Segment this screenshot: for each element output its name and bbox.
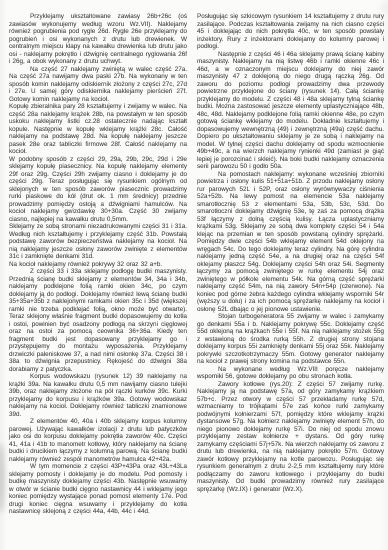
paragraph-sand-dome-29: W podobny sposób z części 29, 29a, 29b, … <box>9 156 187 224</box>
paragraph-steam-dome-28: Kopułę zbieralnika pary 28 kształtujemy … <box>9 103 187 156</box>
paragraph-boiler-valves-57: Zawory kotłowe (rys.20): Z części 57 zwi… <box>197 381 384 494</box>
paragraph-covers-32: Na kocioł naklejamy również pokrywy 32 o… <box>9 261 187 269</box>
paragraph-chimney-27: Na część 27 naklejamy zwiniętą w walec c… <box>9 66 187 104</box>
paragraph-cab-floor-33: Z części 33 i 33a sklejamy podłogę budki… <box>9 268 187 373</box>
paragraph-platforms-43: W tym momencie z części 43P+43Pa oraz 43… <box>9 463 187 516</box>
paragraph-hinges-26: Przyklejamy ukształtowane zawiasy 26b+26… <box>9 13 187 66</box>
paragraph-handrails-56: Na wykonane według Wz.VIII poręcze nakle… <box>197 366 384 381</box>
paragraph-cab-walls-46: Następnie z części 46 i 46a sklejamy pra… <box>197 51 384 171</box>
paragraph-safety-valves-31: Sklejamy ze sobą stronami niezadrukowany… <box>9 223 187 261</box>
paragraph-turbogenerator-55: Stojan turbogeneratora 55 zwijamy w wale… <box>197 313 384 366</box>
text-column-left: Przyklejamy ukształtowane zawiasy 26b+26… <box>9 13 187 516</box>
paragraph-compressor-54: Na pomostach naklejamy: wykonane wcześni… <box>197 171 384 314</box>
scan-smudge-top-right <box>380 5 388 10</box>
text-column-right: Posługując się szkicowym rysunkiem 14 ks… <box>197 13 384 516</box>
paragraph-feed-pipes-45: Posługując się szkicowym rysunkiem 14 ks… <box>197 13 384 51</box>
paragraph-steam-column-40: Z elementów 40, 40a i 40b sklejamy korpu… <box>9 418 187 463</box>
document-page: Przyklejamy ukształtowane zawiasy 26b+26… <box>0 0 388 550</box>
paragraph-water-gauge-39: Korpus wodowskazu (rysunek 12) 39 naklej… <box>9 373 187 418</box>
text-columns: Przyklejamy ukształtowane zawiasy 26b+26… <box>0 0 388 516</box>
